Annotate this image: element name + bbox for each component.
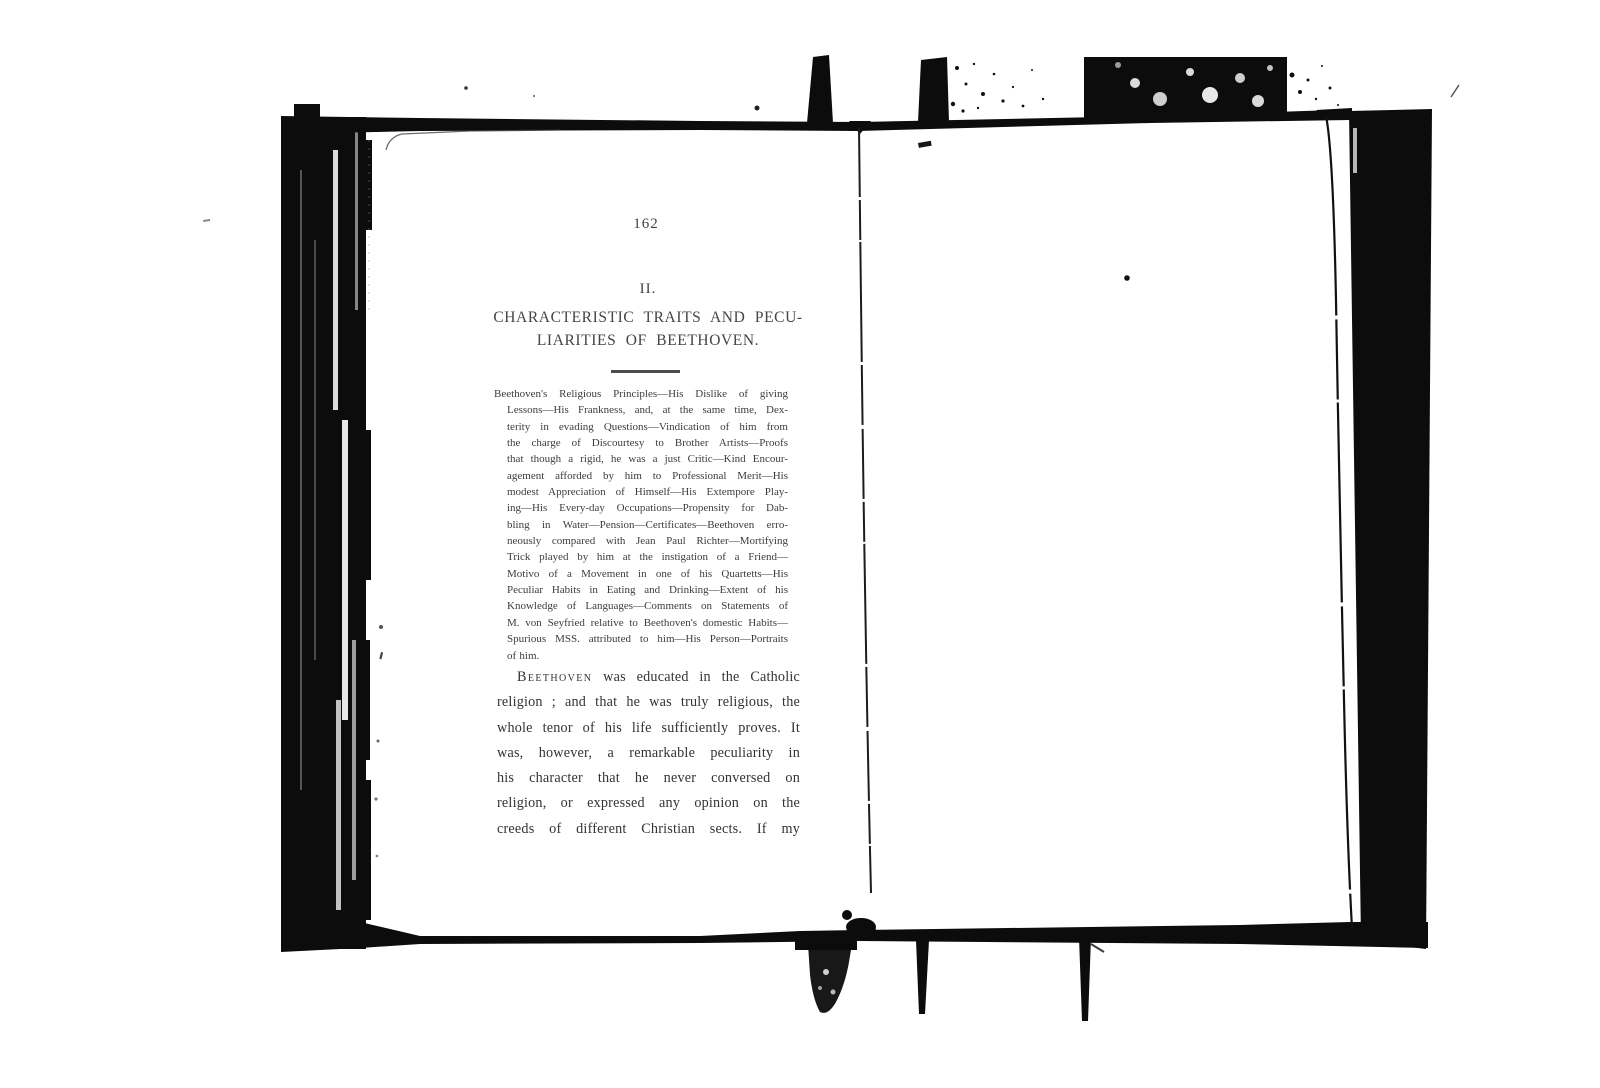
chapter-title: CHARACTERISTIC TRAITS AND PECU- LIARITIE… [470, 306, 826, 352]
divider-rule [611, 370, 680, 373]
body-paragraph: Beethoven was educated in the Catholic r… [497, 665, 800, 842]
body-lines: religion ; and that he was truly religio… [497, 690, 800, 842]
chapter-title-line: CHARACTERISTIC TRAITS AND PECU- [470, 306, 826, 329]
synopsis-line: the charge of Discourtesy to Brother Art… [494, 435, 788, 451]
page-number: 162 [600, 216, 692, 233]
synopsis-line: Motivo of a Movement in one of his Quart… [494, 566, 788, 582]
chapter-numeral: II. [600, 281, 696, 298]
body-line: whole tenor of his life sufficiently pro… [497, 716, 800, 741]
synopsis-line: agement afforded by him to Professional … [494, 468, 788, 484]
chapter-synopsis: Beethoven's Religious Principles—His Dis… [494, 386, 788, 664]
book-scan-root: 162 II. CHARACTERISTIC TRAITS AND PECU- … [0, 0, 1600, 1088]
synopsis-line: M. von Seyfried relative to Beethoven's … [494, 615, 788, 631]
chapter-title-line: LIARITIES OF BEETHOVEN. [470, 329, 826, 352]
synopsis-line: modest Appreciation of Himself—His Extem… [494, 484, 788, 500]
body-line: his character that he never conversed on [497, 766, 800, 791]
synopsis-line: Spurious MSS. attributed to him—His Pers… [494, 631, 788, 647]
synopsis-line: Knowledge of Languages—Comments on State… [494, 598, 788, 614]
synopsis-line: of him. [494, 648, 788, 664]
body-line: was, however, a remarkable peculiarity i… [497, 741, 800, 766]
synopsis-line: Peculiar Habits in Eating and Drinking—E… [494, 582, 788, 598]
synopsis-line: Trick played by him at the instigation o… [494, 549, 788, 565]
synopsis-line: Beethoven's Religious Principles—His Dis… [494, 386, 788, 402]
synopsis-line: bling in Water—Pension—Certificates—Beet… [494, 517, 788, 533]
body-line: religion ; and that he was truly religio… [497, 690, 800, 715]
synopsis-line: Lessons—His Frankness, and, at the same … [494, 402, 788, 418]
body-line: Beethoven was educated in the Catholic [497, 665, 800, 690]
lead-word: Beethoven [517, 669, 592, 685]
synopsis-line: that though a rigid, he was a just Criti… [494, 451, 788, 467]
synopsis-line: terity in evading Questions—Vindication … [494, 419, 788, 435]
right-page [875, 135, 1325, 925]
body-line: creeds of different Christian sects. If … [497, 817, 800, 842]
synopsis-line: neously compared with Jean Paul Richter—… [494, 533, 788, 549]
synopsis-line: ing—His Every-day Occupations—Propensity… [494, 500, 788, 516]
body-line-text: was educated in the Catholic [592, 669, 800, 685]
body-line: religion, or expressed any opinion on th… [497, 791, 800, 816]
left-page: 162 II. CHARACTERISTIC TRAITS AND PECU- … [0, 0, 1600, 1088]
